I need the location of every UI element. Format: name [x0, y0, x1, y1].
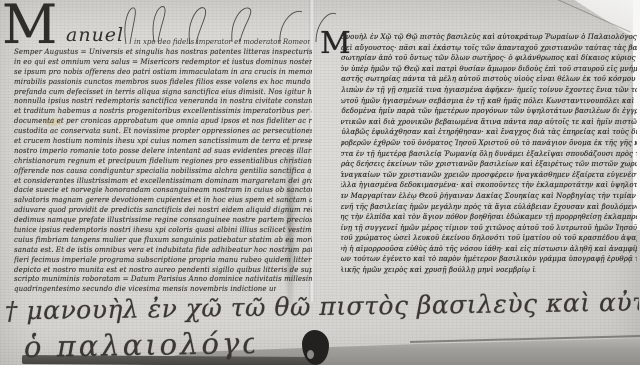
- latin-text-line: nonnulla ipsius nostri redemptoris sanct…: [14, 97, 312, 107]
- latin-text-line: fieri fecimus imperiale programa subscri…: [14, 256, 312, 266]
- greek-text-line: τῶν φοβερῶν ἐχθρῶν τοῦ ὀνόματος Ἰησοῦ Χρ…: [341, 139, 637, 150]
- greek-text-line: Χριστοῦ χρώματος ὡσεὶ λευκοῦ ἐκείνου δηλ…: [341, 234, 637, 245]
- greek-text-line: φανερὰς δεήσεις ἐκείνων τῶν χριστιανῶν β…: [341, 160, 637, 171]
- greek-text-line: τῶν ἀναγκαίων τῶν χριστιανῶν χρειῶν προσ…: [341, 171, 637, 182]
- greek-text-line: λυτρωτοῦ ἡμῶν ἡγιασμένων σεβάσμια ἐν τῇ …: [341, 97, 637, 108]
- greek-text-line: καὶ ἄλλα ἡγιασμένα δεδοκιμασμένα· καὶ σκ…: [341, 181, 637, 192]
- greek-text-line: πάντων τούτων ἐγένετο καὶ τὸ παρὸν ἡμέτε…: [341, 255, 637, 266]
- latin-text-column: Semper Augustus = Universis et singulis …: [14, 48, 312, 298]
- latin-text-line: documenta et per cronicas approbatum que…: [14, 117, 312, 127]
- latin-text-line: in eo qui est omnium vera salus = Miseri…: [14, 58, 312, 68]
- latin-text-line: et considerantes illustrissimam et excel…: [14, 177, 312, 187]
- latin-text-line: scripto muniminis roboratam = Datum Pari…: [14, 275, 312, 285]
- latin-text-line: nostro imperio romanie toto posse delere…: [14, 147, 312, 157]
- greek-text-line: ανουὴλ ἐν Χῷ τῷ Θῷ πιστὸς βασιλεὺς καὶ α…: [341, 33, 637, 44]
- latin-text-line: dacie suecie et norvegie honorandam cons…: [14, 186, 312, 196]
- latin-text-line: se ipsum pro nobis offerens deo patri os…: [14, 68, 312, 78]
- latin-initial-letter: M: [2, 2, 64, 50]
- greek-text-line: μάλιστα ἐν τῇ ἡμετέρᾳ βασιλείᾳ Ῥωμανίᾳ ὅ…: [341, 150, 637, 161]
- latin-text-line: prefanda cum defecisset in terris aliqua…: [14, 88, 312, 98]
- latin-text-line: Semper Augustus = Universis et singulis …: [14, 48, 312, 58]
- imperial-signature-line-2: ὁ παλαιολόγος: [24, 326, 255, 365]
- latin-text-line: offerende nos causa condiguntur speciali…: [14, 167, 312, 177]
- latin-text-line: cuius fimbriam tangens mulier que fluxum…: [14, 236, 312, 246]
- latin-text-line: depicto et nostro munita est et nostro a…: [14, 266, 312, 276]
- greek-text-line: σωτηρίαν ἀπὸ τοῦ ὄντως τῶν ὅλων σωτῆρος·…: [341, 54, 637, 65]
- greek-text-line: καὶ εὐλαβῶς ἐφυλάχθησαν καὶ ἐτηρήθησαν· …: [341, 128, 637, 139]
- greek-text-line: παραδεδομένα ἡμῖν παρὰ τῶν ἡμετέρων προγ…: [341, 107, 637, 118]
- greek-text-line: καταλιπὼν ἐν τῇ γῇ σημεῖά τινα ἡγιασμένα…: [341, 86, 637, 97]
- latin-text-line: dedimus namque prefate illustrissime reg…: [14, 216, 312, 226]
- latin-text-line: et traditum habemus a nostris progenitor…: [14, 107, 312, 117]
- greek-text-line: ἑαυτὸν ὑπὲρ ἡμῶν τῷ Θεῷ καὶ πατρὶ θυσίαν…: [341, 65, 637, 76]
- latin-text-line: et crucem hostium nominis ihesu xpi cuiu…: [14, 137, 312, 147]
- latin-text-line: tunice ipsius redemptoris nostri ihesu x…: [14, 226, 312, 236]
- latin-text-line: mirabilis passionis cunctos membros suos…: [14, 78, 312, 88]
- greek-text-line: ταύτης τὴν ἐλπίδα καὶ τὸν ἅγιον πόθον βο…: [341, 213, 637, 224]
- greek-text-line: αὐθεντικῶν καὶ διὰ χρονικῶν βεβαιωμένα ἅ…: [341, 118, 637, 129]
- greek-text-line: ἡ γυνὴ ἡ αἱμορροοῦσα εὐθὺς ἀπὸ τῆς νόσου…: [341, 245, 637, 256]
- latin-text-line: custodita ac conservata sunt. Et novissi…: [14, 127, 312, 137]
- greek-text-column: ανουὴλ ἐν Χῷ τῷ Θῷ πιστὸς βασιλεὺς καὶ α…: [341, 33, 637, 281]
- latin-opening-word: anuel: [66, 24, 124, 46]
- latin-text-line: christianorum regnum et precipuum fideli…: [14, 157, 312, 167]
- greek-text-line: κυρίαν Μαργαρίταν ἐλέῳ Θεοῦ ῥήγαιναν Δακ…: [341, 192, 637, 203]
- greek-text-line: ῥηγαίνῃ τῇ συγγενεῖ ἡμῶν μέρος τίμιον το…: [341, 224, 637, 235]
- greek-text-line: ἀεὶ αὔγουστος· πᾶσι καὶ ἑκάστῳ τοῖς τῶν …: [341, 44, 637, 55]
- latin-text-line: sanata est. Et de istis omnibus vera et …: [14, 246, 312, 256]
- greek-text-line: βασιλικῆς ἡμῶν χειρὸς καὶ χρυσῇ βούλλῃ μ…: [341, 266, 536, 277]
- latin-text-line: salvatoris magnam gerere devotionem cupi…: [14, 196, 312, 206]
- manuscript-photo: M anuel in xpo deo fidelis imperator et …: [0, 0, 640, 365]
- greek-text-line: θαυμαστῆς σωτηρίας πάντα τὰ μέλη αὐτοῦ π…: [341, 75, 637, 86]
- greek-text-line: συγγενῆ τῆς βασιλείας ἡμῶν μεγάλην πρὸς …: [341, 203, 637, 214]
- ascender-flourishes: [120, 2, 340, 46]
- latin-text-line: adiuvare quod providit de predictis sanc…: [14, 206, 312, 216]
